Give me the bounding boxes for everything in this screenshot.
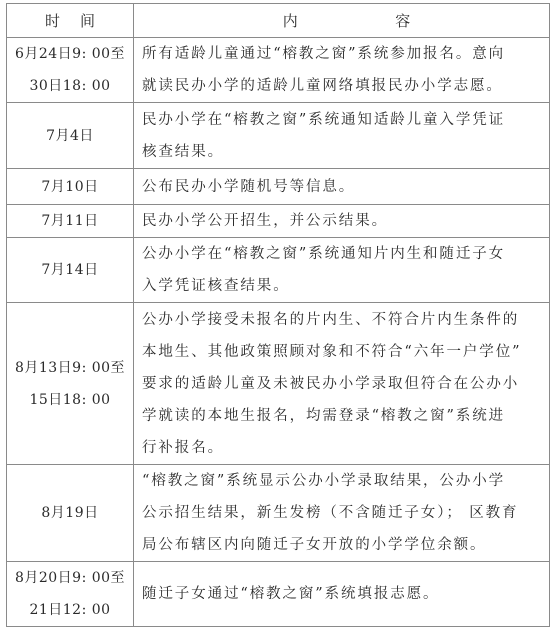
content-cell: “榕教之窗”系统显示公办小学录取结果，公办小学 公示招生结果，新生发榜（不含随迁… — [134, 465, 550, 562]
time-line: 7月11日 — [7, 205, 133, 237]
header-content-right: 容 — [395, 10, 410, 31]
time-line: 8月19日 — [7, 497, 133, 529]
time-line: 6月24日9: 00至 — [7, 38, 133, 70]
table-row: 8月19日 “榕教之窗”系统显示公办小学录取结果，公办小学 公示招生结果，新生发… — [7, 465, 550, 562]
content-line: 民办小学在“榕教之窗”系统通知适龄儿童入学凭证 — [142, 104, 543, 136]
table-row: 7月11日 民办小学公开招生，并公示结果。 — [7, 205, 550, 238]
time-cell: 7月10日 — [7, 169, 134, 205]
content-cell: 随迁子女通过“榕教之窗”系统填报志愿。 — [134, 562, 550, 627]
content-line: 要求的适龄儿童及未被民办小学录取但符合在公办小 — [142, 368, 543, 400]
enrollment-schedule-table: 时间 内 容 6月24日9: 00至 30日18: 00 所有适龄儿童通过“榕教… — [6, 3, 550, 627]
content-line: 就读民办小学的适龄儿童网络填报民办小学志愿。 — [142, 70, 543, 102]
table-row: 7月10日 公布民办小学随机号等信息。 — [7, 169, 550, 205]
time-line: 8月20日9: 00至 — [7, 562, 133, 594]
time-line: 15日18: 00 — [7, 384, 133, 416]
time-line: 30日18: 00 — [7, 70, 133, 102]
content-cell: 所有适龄儿童通过“榕教之窗”系统参加报名。意向 就读民办小学的适龄儿童网络填报民… — [134, 38, 550, 103]
table-row: 7月4日 民办小学在“榕教之窗”系统通知适龄儿童入学凭证 核查结果。 — [7, 103, 550, 169]
table-row: 8月13日9: 00至 15日18: 00 公办小学接受未报名的片内生、不符合片… — [7, 303, 550, 465]
content-line: 公布民办小学随机号等信息。 — [142, 171, 543, 203]
table-header-row: 时间 内 容 — [7, 4, 550, 38]
header-time: 时间 — [7, 4, 134, 38]
content-line: 随迁子女通过“榕教之窗”系统填报志愿。 — [142, 578, 543, 610]
time-line: 7月14日 — [7, 254, 133, 286]
content-line: 局公布辖区内向随迁子女开放的小学学位余额。 — [142, 529, 543, 561]
content-line: 学就读的本地生报名，均需登录“榕教之窗”系统进 — [142, 400, 543, 432]
content-cell: 民办小学在“榕教之窗”系统通知适龄儿童入学凭证 核查结果。 — [134, 103, 550, 169]
content-line: 民办小学公开招生，并公示结果。 — [142, 205, 543, 237]
content-cell: 公办小学在“榕教之窗”系统通知片内生和随迁子女 入学凭证核查结果。 — [134, 238, 550, 303]
content-line: 公办小学接受未报名的片内生、不符合片内生条件的 — [142, 304, 543, 336]
time-line: 21日12: 00 — [7, 594, 133, 626]
content-line: “榕教之窗”系统显示公办小学录取结果，公办小学 — [142, 465, 543, 497]
content-line: 所有适龄儿童通过“榕教之窗”系统参加报名。意向 — [142, 38, 543, 70]
table-row: 6月24日9: 00至 30日18: 00 所有适龄儿童通过“榕教之窗”系统参加… — [7, 38, 550, 103]
time-line: 7月4日 — [7, 120, 133, 152]
time-line: 8月13日9: 00至 — [7, 352, 133, 384]
time-cell: 7月14日 — [7, 238, 134, 303]
header-content: 内 容 — [134, 4, 550, 38]
content-line: 入学凭证核查结果。 — [142, 270, 543, 302]
header-content-left: 内 — [283, 10, 298, 31]
time-cell: 8月20日9: 00至 21日12: 00 — [7, 562, 134, 627]
time-cell: 8月13日9: 00至 15日18: 00 — [7, 303, 134, 465]
time-cell: 8月19日 — [7, 465, 134, 562]
time-cell: 6月24日9: 00至 30日18: 00 — [7, 38, 134, 103]
content-line: 行补报名。 — [142, 432, 543, 464]
content-cell: 公布民办小学随机号等信息。 — [134, 169, 550, 205]
content-line: 本地生、其他政策照顾对象和不符合“六年一户学位” — [142, 336, 543, 368]
time-line: 7月10日 — [7, 171, 133, 203]
content-cell: 公办小学接受未报名的片内生、不符合片内生条件的 本地生、其他政策照顾对象和不符合… — [134, 303, 550, 465]
content-cell: 民办小学公开招生，并公示结果。 — [134, 205, 550, 238]
time-cell: 7月11日 — [7, 205, 134, 238]
time-cell: 7月4日 — [7, 103, 134, 169]
table-row: 8月20日9: 00至 21日12: 00 随迁子女通过“榕教之窗”系统填报志愿… — [7, 562, 550, 627]
content-line: 公办小学在“榕教之窗”系统通知片内生和随迁子女 — [142, 238, 543, 270]
content-line: 核查结果。 — [142, 136, 543, 168]
content-line: 公示招生结果，新生发榜（不含随迁子女）； 区教育 — [142, 497, 543, 529]
table-row: 7月14日 公办小学在“榕教之窗”系统通知片内生和随迁子女 入学凭证核查结果。 — [7, 238, 550, 303]
